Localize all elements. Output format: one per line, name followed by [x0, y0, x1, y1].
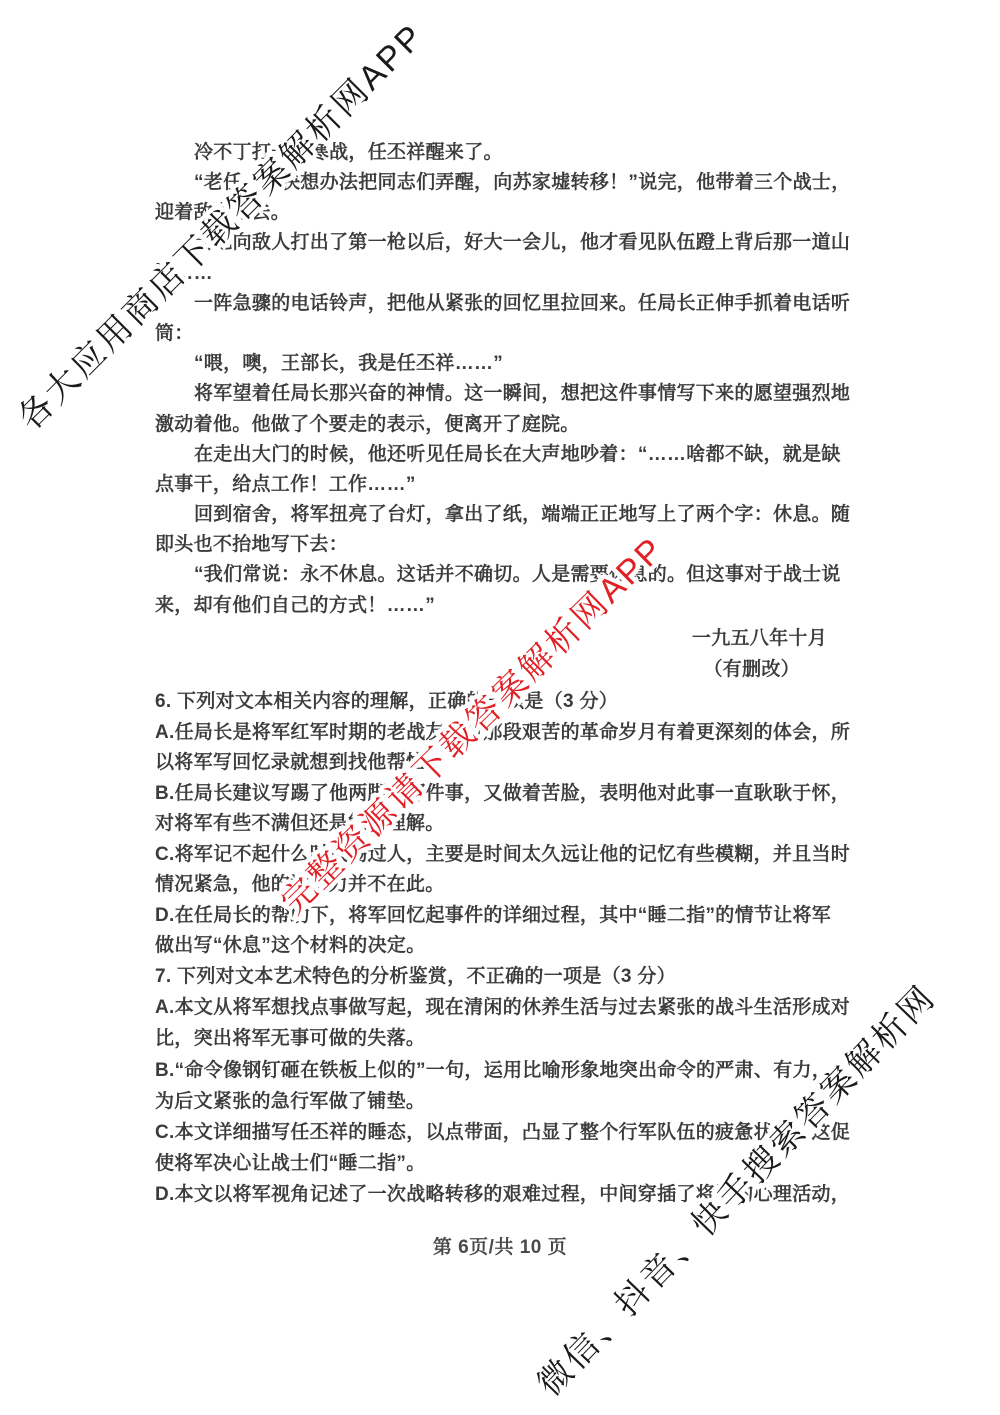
question7-option-line: 比，突出将军无事可做的失落。 — [155, 1028, 425, 1050]
question7-option-line: B.“命令像钢钉砸在铁板上似的”一句，运用比喻形象地突出命令的严肃、有力， — [155, 1060, 831, 1082]
question7-option-line: D.本文以将军视角记述了一次战略转移的艰难过程，中间穿插了将军的心理活动， — [155, 1184, 850, 1206]
question7-option-line: C.本文详细描写任丕祥的睡态，以点带面，凸显了整个行军队伍的疲惫状态，这促 — [155, 1122, 850, 1144]
story-line: 激动着他。他做了个要走的表示，便离开了庭院。 — [155, 414, 580, 436]
story-line: 当他向敌人打出了第一枪以后，好大一会儿，他才看见队伍蹬上背后那一道山 — [194, 232, 850, 254]
question7-stem: 7. 下列对文本艺术特色的分析鉴赏，不正确的一项是（3 分） — [155, 966, 676, 988]
story-line: 筒： — [155, 323, 194, 345]
story-line: “我们常说：永不休息。这话并不确切。人是需要休息的。但这事对于战士说 — [194, 564, 841, 586]
page-number: 第 6页/共 10 页 — [0, 1237, 1000, 1259]
question6-option-line: D.在任局长的帮助下，将军回忆起事件的详细过程，其中“睡二指”的情节让将军 — [155, 905, 831, 927]
story-line: 冷不丁打一个寒战，任丕祥醒来了。 — [194, 142, 503, 164]
question6-option-line: 对将军有些不满但还是能够理解。 — [155, 813, 445, 835]
story-line: 回到宿舍，将军扭亮了台灯，拿出了纸，端端正正地写上了两个字：休息。随 — [194, 504, 850, 526]
question7-option-line: 使将军决心让战士们“睡二指”。 — [155, 1153, 426, 1175]
story-line: 迎着敌人跑去。 — [155, 202, 290, 224]
exam-page: 冷不丁打一个寒战，任丕祥醒来了。 “老任，赶快想办法把同志们弄醒，向苏家墟转移！… — [0, 0, 1000, 1415]
story-byline: 一九五八年十月 — [692, 628, 827, 650]
question6-option-line: B.任局长建议写踢了他两脚的那件事，又做着苦脸，表明他对此事一直耿耿于怀， — [155, 783, 850, 805]
question6-option-line: C.将军记不起什么时候踢过人，主要是时间太久远让他的记忆有些模糊，并且当时 — [155, 844, 850, 866]
story-line: “喂，噢，王部长，我是任丕祥……” — [194, 353, 503, 375]
story-line: “老任，赶快想办法把同志们弄醒，向苏家墟转移！”说完，他带着三个战士， — [194, 172, 851, 194]
question7-option-line: 为后文紧张的急行军做了铺垫。 — [155, 1091, 425, 1113]
story-line: 一阵急骤的电话铃声，把他从紧张的回忆里拉回来。任局长正伸手抓着电话听 — [194, 293, 850, 315]
question6-option-line: 做出写“休息”这个材料的决定。 — [155, 935, 426, 957]
story-line: 即头也不抬地写下去： — [155, 534, 348, 556]
story-line: 在走出大门的时候，他还听见任局长在大声地吵着：“……啥都不缺，就是缺 — [194, 444, 841, 466]
story-line: 点事干，给点工作！工作……” — [155, 474, 416, 496]
story-line: 将军望着任局长那兴奋的神情。这一瞬间，想把这件事情写下来的愿望强烈地 — [194, 383, 850, 405]
question6-option-line: 以将军写回忆录就想到找他帮忙。 — [155, 752, 445, 774]
question6-option-line: 情况紧急，他的注意力并不在此。 — [155, 874, 445, 896]
story-line: 来，却有他们自己的方式！……” — [155, 595, 435, 617]
story-edit-note: （有删改） — [703, 659, 800, 681]
question6-option-line: A.任局长是将军红军时期的老战友，对那段艰苦的革命岁月有着更深刻的体会，所 — [155, 722, 850, 744]
story-line: 梁…… — [155, 263, 213, 285]
question6-stem: 6. 下列对文本相关内容的理解，正确的一项是（3 分） — [155, 691, 618, 713]
question7-option-line: A.本文从将军想找点事做写起，现在清闲的休养生活与过去紧张的战斗生活形成对 — [155, 997, 850, 1019]
